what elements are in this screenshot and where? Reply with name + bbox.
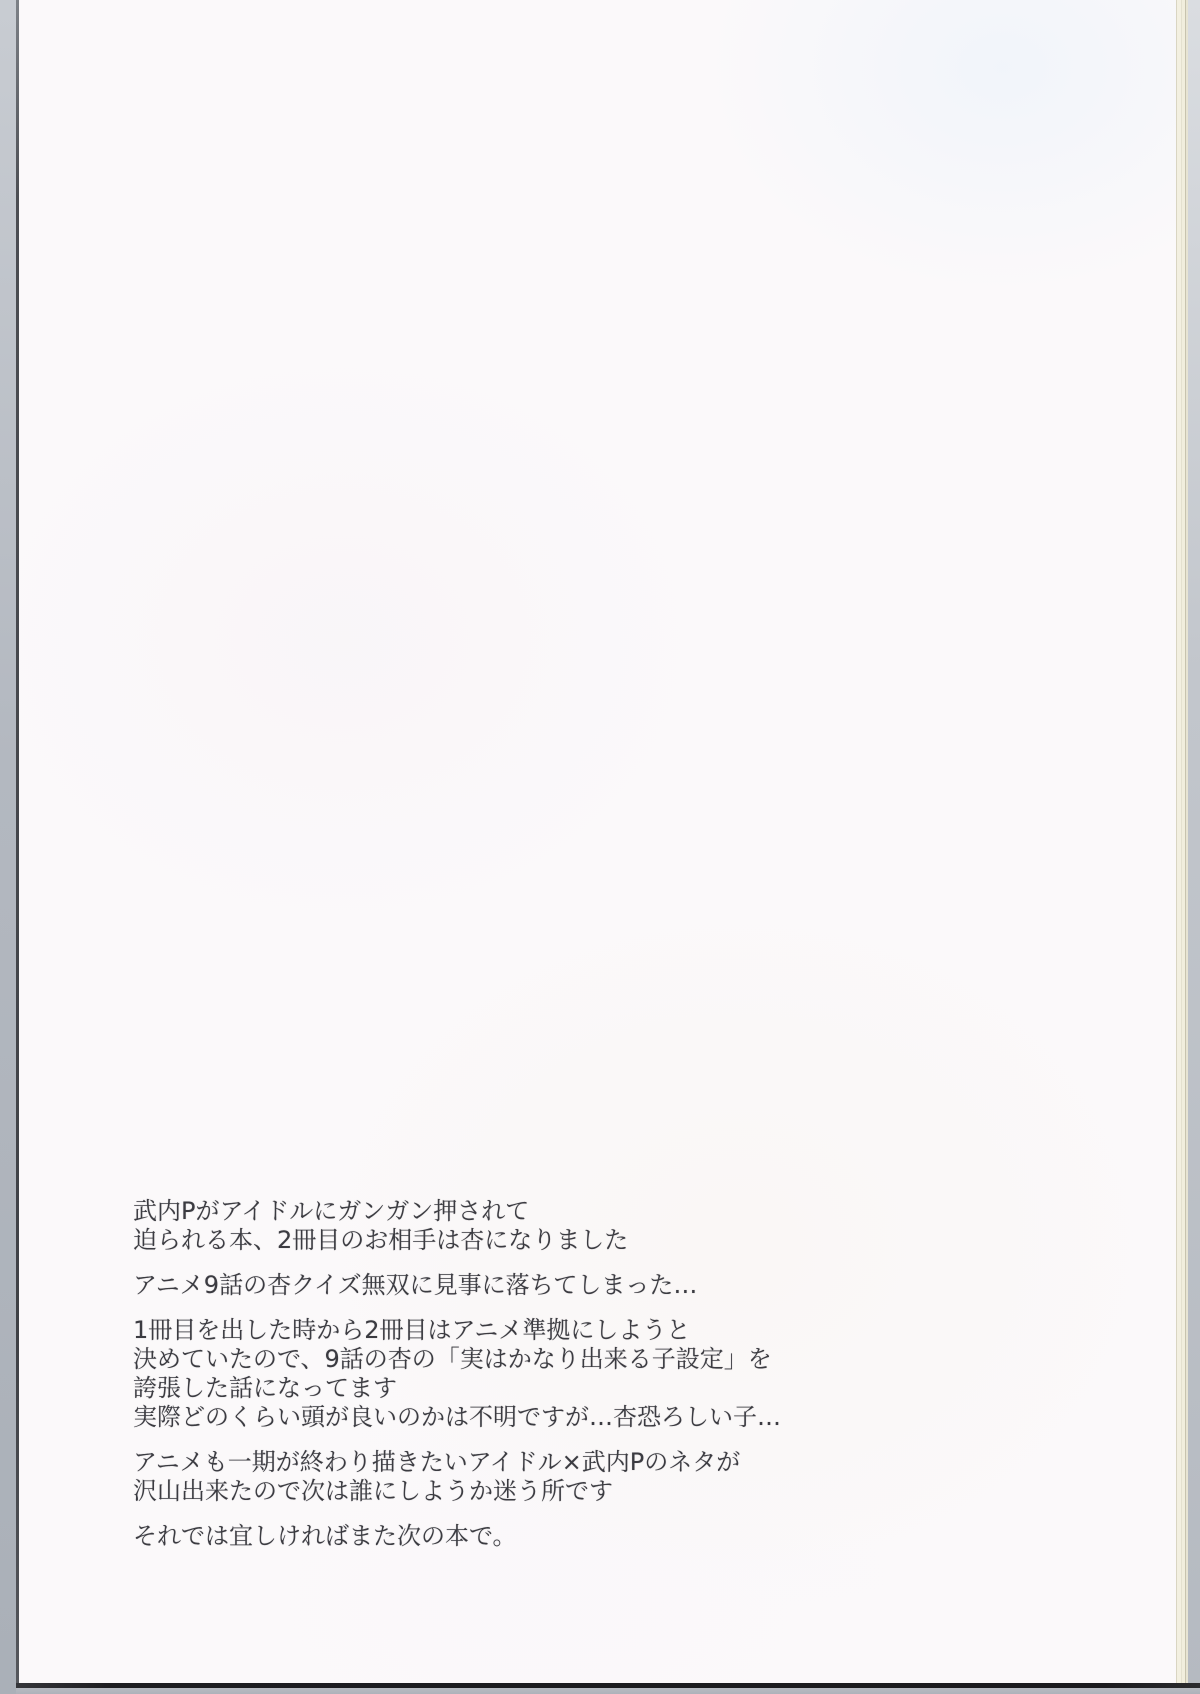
afterword-line: 実際どのくらい頭が良いのかは不明ですが…杏恐ろしい子…	[133, 1403, 1033, 1432]
afterword-line: 沢山出来たので次は誰にしようか迷う所です	[133, 1477, 1033, 1506]
afterword-paragraph: アニメも一期が終わり描きたいアイドル×武内Pのネタが 沢山出来たので次は誰にしよ…	[133, 1448, 1033, 1506]
afterword-line: 武内Pがアイドルにガンガン押されて	[133, 1197, 1033, 1226]
afterword-line: アニメ9話の杏クイズ無双に見事に落ちてしまった…	[133, 1271, 1033, 1300]
afterword-paragraph: それでは宜しければまた次の本で。	[133, 1522, 1033, 1551]
afterword-line: 1冊目を出した時から2冊目はアニメ準拠にしようと	[133, 1316, 1033, 1345]
page-binding-edge-line	[16, 0, 19, 1683]
afterword-line: 迫られる本、2冊目のお相手は杏になりました	[133, 1226, 1033, 1255]
afterword-line: 決めていたので、9話の杏の「実はかなり出来る子設定」を	[133, 1345, 1033, 1374]
afterword-paragraph: 1冊目を出した時から2冊目はアニメ準拠にしようと 決めていたので、9話の杏の「実…	[133, 1316, 1033, 1432]
afterword-line: 誇張した話になってます	[133, 1374, 1033, 1403]
afterword-paragraph: 武内Pがアイドルにガンガン押されて 迫られる本、2冊目のお相手は杏になりました	[133, 1197, 1033, 1255]
scan-left-margin	[0, 0, 16, 1694]
book-page: 武内Pがアイドルにガンガン押されて 迫られる本、2冊目のお相手は杏になりました …	[19, 0, 1176, 1683]
afterword-line: それでは宜しければまた次の本で。	[133, 1522, 1033, 1551]
afterword-paragraph: アニメ9話の杏クイズ無双に見事に落ちてしまった…	[133, 1271, 1033, 1300]
afterword-text-block: 武内Pがアイドルにガンガン押されて 迫られる本、2冊目のお相手は杏になりました …	[133, 1197, 1033, 1567]
scan-bottom-margin	[16, 1688, 1200, 1694]
scan-right-margin	[1188, 0, 1200, 1694]
stacked-page-edges	[1176, 0, 1188, 1683]
scanned-page: 武内Pがアイドルにガンガン押されて 迫られる本、2冊目のお相手は杏になりました …	[0, 0, 1200, 1694]
afterword-line: アニメも一期が終わり描きたいアイドル×武内Pのネタが	[133, 1448, 1033, 1477]
